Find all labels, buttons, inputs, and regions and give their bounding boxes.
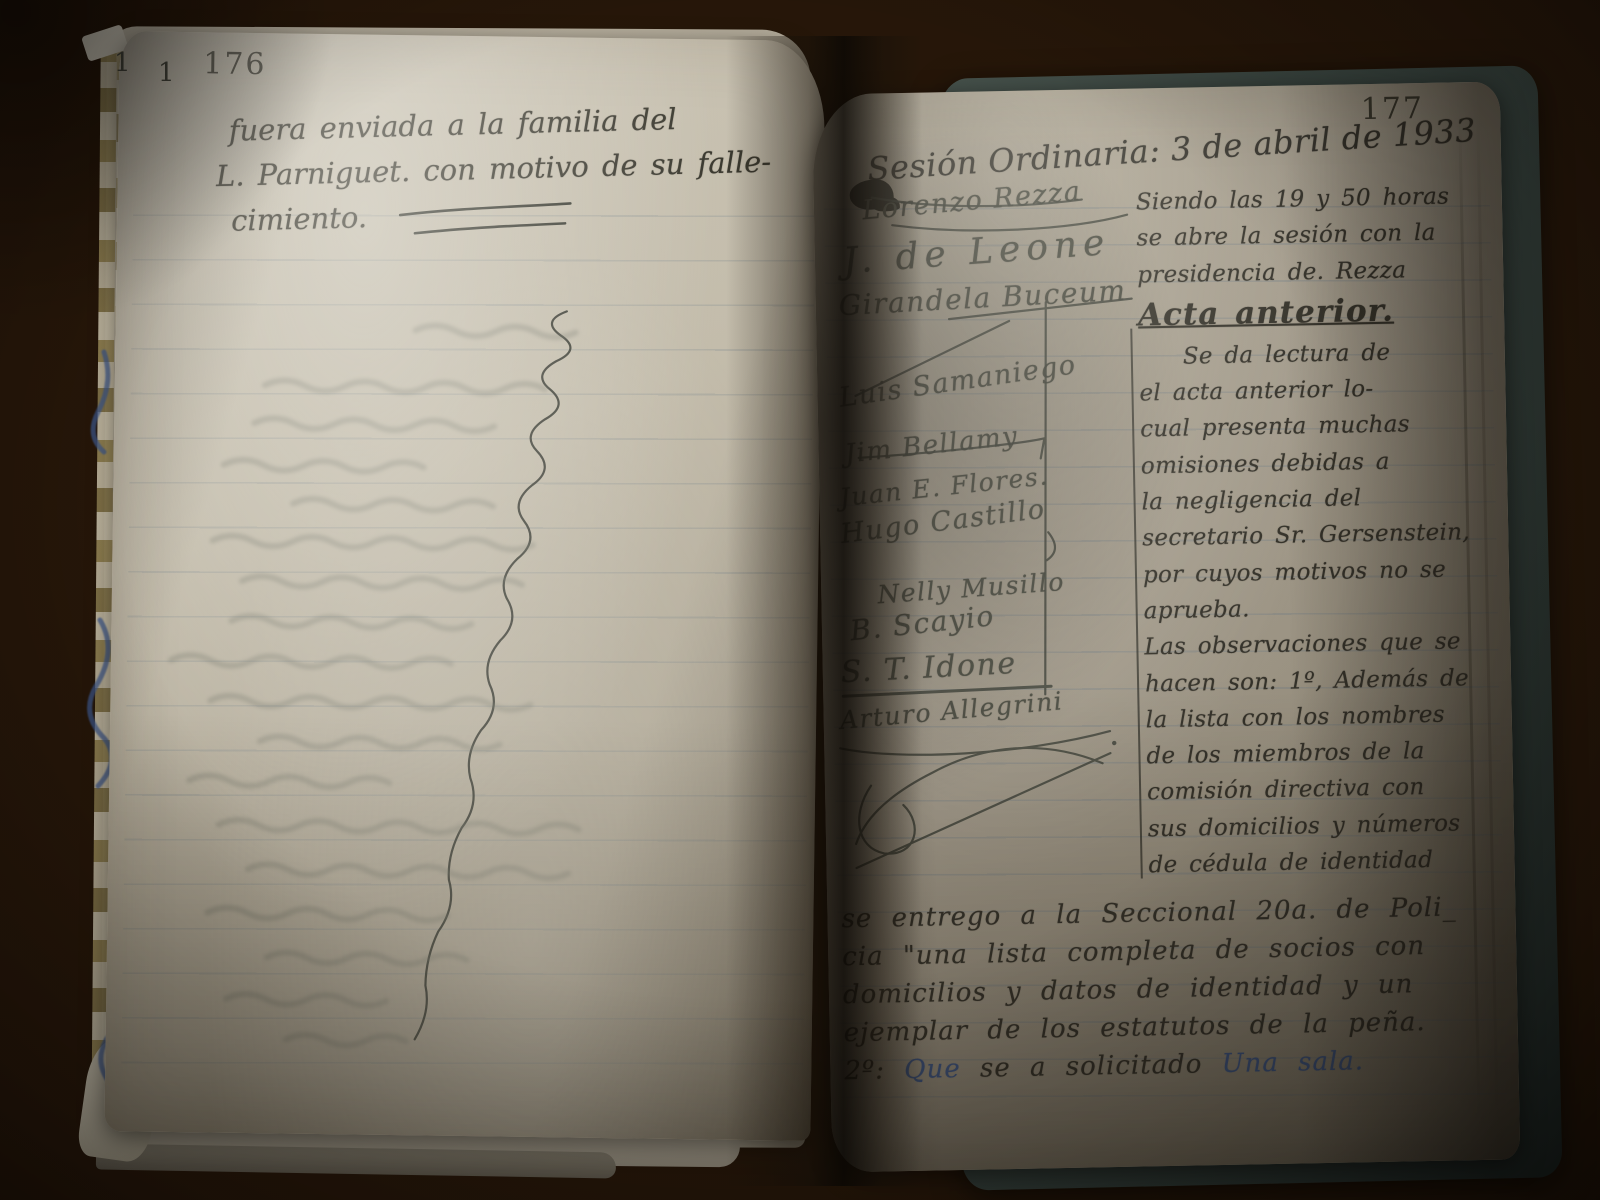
signature: S. T. Idone [840,646,1018,690]
photo-of-minutes-book: 176 fuera enviada a la familia del L. Pa… [0,0,1600,1200]
signature: Arturo Allegrini [839,686,1065,735]
edge-page-number: 1 [114,48,131,78]
page-number-left: 176 [203,46,267,82]
session-heading: Sesión Ordinaria: 3 de abril de 1933 [866,109,1507,188]
illegible-signature-flourish [854,746,1104,844]
signature: Jim Bellamy [843,421,1019,469]
blue-ink-word: Que [904,1054,961,1085]
handwritten-note: fuera enviada a la familia del L. Parnig… [228,93,831,244]
left-page: 176 fuera enviada a la familia del L. Pa… [104,31,825,1141]
minutes-line: de cédula de identidad [1148,840,1511,883]
last-line-middle: se a solicitado [960,1049,1222,1084]
flourish-dot [1112,741,1116,745]
minutes-line: Siendo las 19 y 50 horas [1135,178,1498,221]
illegible-signature-flourish [854,753,1112,868]
signature: Girandela Buceum [838,274,1127,323]
minutes-line: sus domicilios y números [1148,804,1511,847]
illegible-signature-flourish [858,785,915,854]
blue-ink-tail: Una sala. [1221,1046,1364,1079]
acta-anterior-subheading: Acta anterior. [1138,286,1501,339]
bleed-through-text [166,322,586,1049]
signature: B. Scayio [849,599,997,647]
minutes-column: Siendo las 19 y 50 horas se abre la sesi… [1135,178,1510,884]
bottom-paragraph: se entrego a la Seccional 20a. de Poli_ … [841,887,1513,1090]
wavy-crossout-line [415,309,571,1041]
minutes-line: hacen son: 1º, Además de [1145,659,1508,702]
signature: J. de Leone [842,222,1112,282]
ruled-lines [121,171,816,1104]
last-line-prefix: 2º: [844,1055,904,1086]
signature: Luis Samaniego [837,349,1078,413]
allegrini-sweep [840,731,1110,756]
tail-hook [1046,532,1055,560]
right-page: 177 Sesión Ordinaria: 3 de abril de 1933… [812,81,1521,1172]
edge-page-number: 1 [158,58,175,88]
minutes-line: secretario Sr. Gersenstein, [1142,514,1505,557]
